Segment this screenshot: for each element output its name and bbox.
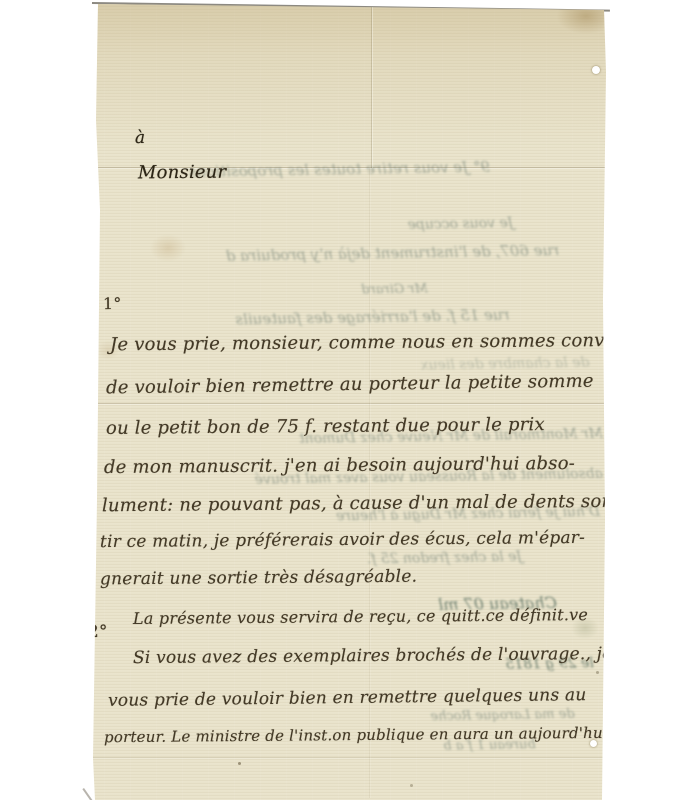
handwritten-line: de mon manuscrit. j'en ai besoin aujourd… [104, 453, 575, 478]
handwritten-line: La présente vous servira de reçu, ce qui… [133, 605, 588, 628]
bleedthrough-line: de ma Laroque Roche [430, 707, 575, 725]
handwritten-line: lument: ne pouvant pas, à cause d'un mal… [102, 491, 617, 516]
ink-speck [410, 784, 413, 787]
handwritten-line: ou le petit bon de 75 f. restant due pou… [106, 414, 545, 439]
handwritten-line: tir ce matin, je préférerais avoir des é… [100, 528, 585, 552]
section-marker-2: 2° [88, 622, 108, 642]
handwritten-line: de vouloir bien remettre au porteur la p… [106, 371, 594, 399]
vertical-fold-crease [371, 4, 372, 168]
letter-scan: 9° Je vous retire toutes les proposition… [0, 0, 700, 800]
paper-corner-edge [83, 788, 96, 800]
handwritten-line: gnerait une sortie très désagréable. [100, 567, 417, 590]
bleedthrough-line: Je vous occupe [393, 215, 528, 233]
handwritten-line: Je vous prie, monsieur, comme nous en so… [110, 330, 649, 356]
bleedthrough-line: Je la chez fredon 25 f. [352, 548, 537, 567]
paper-sheet: 9° Je vous retire toutes les proposition… [0, 0, 700, 800]
bleedthrough-line: rue 607, de l'instrument dejà n'y produi… [185, 240, 600, 265]
bleedthrough-line: rue 15 f. de l'arriérage des fauteuils [190, 305, 555, 329]
punch-hole [592, 66, 600, 74]
section-marker-1: 1° [103, 294, 122, 313]
salutation: Monsieur [138, 162, 226, 184]
horizontal-crease [0, 757, 700, 758]
bleedthrough-line: Mr Girard [352, 281, 437, 297]
bleedthrough-line: 9° Je vous retire toutes les proposition… [225, 158, 490, 181]
ink-speck [596, 671, 599, 674]
address-prefix: à [135, 128, 146, 148]
handwritten-line: Si vous avez des exemplaires brochés de … [133, 644, 613, 668]
horizontal-crease [0, 403, 700, 404]
ink-speck [238, 762, 241, 765]
